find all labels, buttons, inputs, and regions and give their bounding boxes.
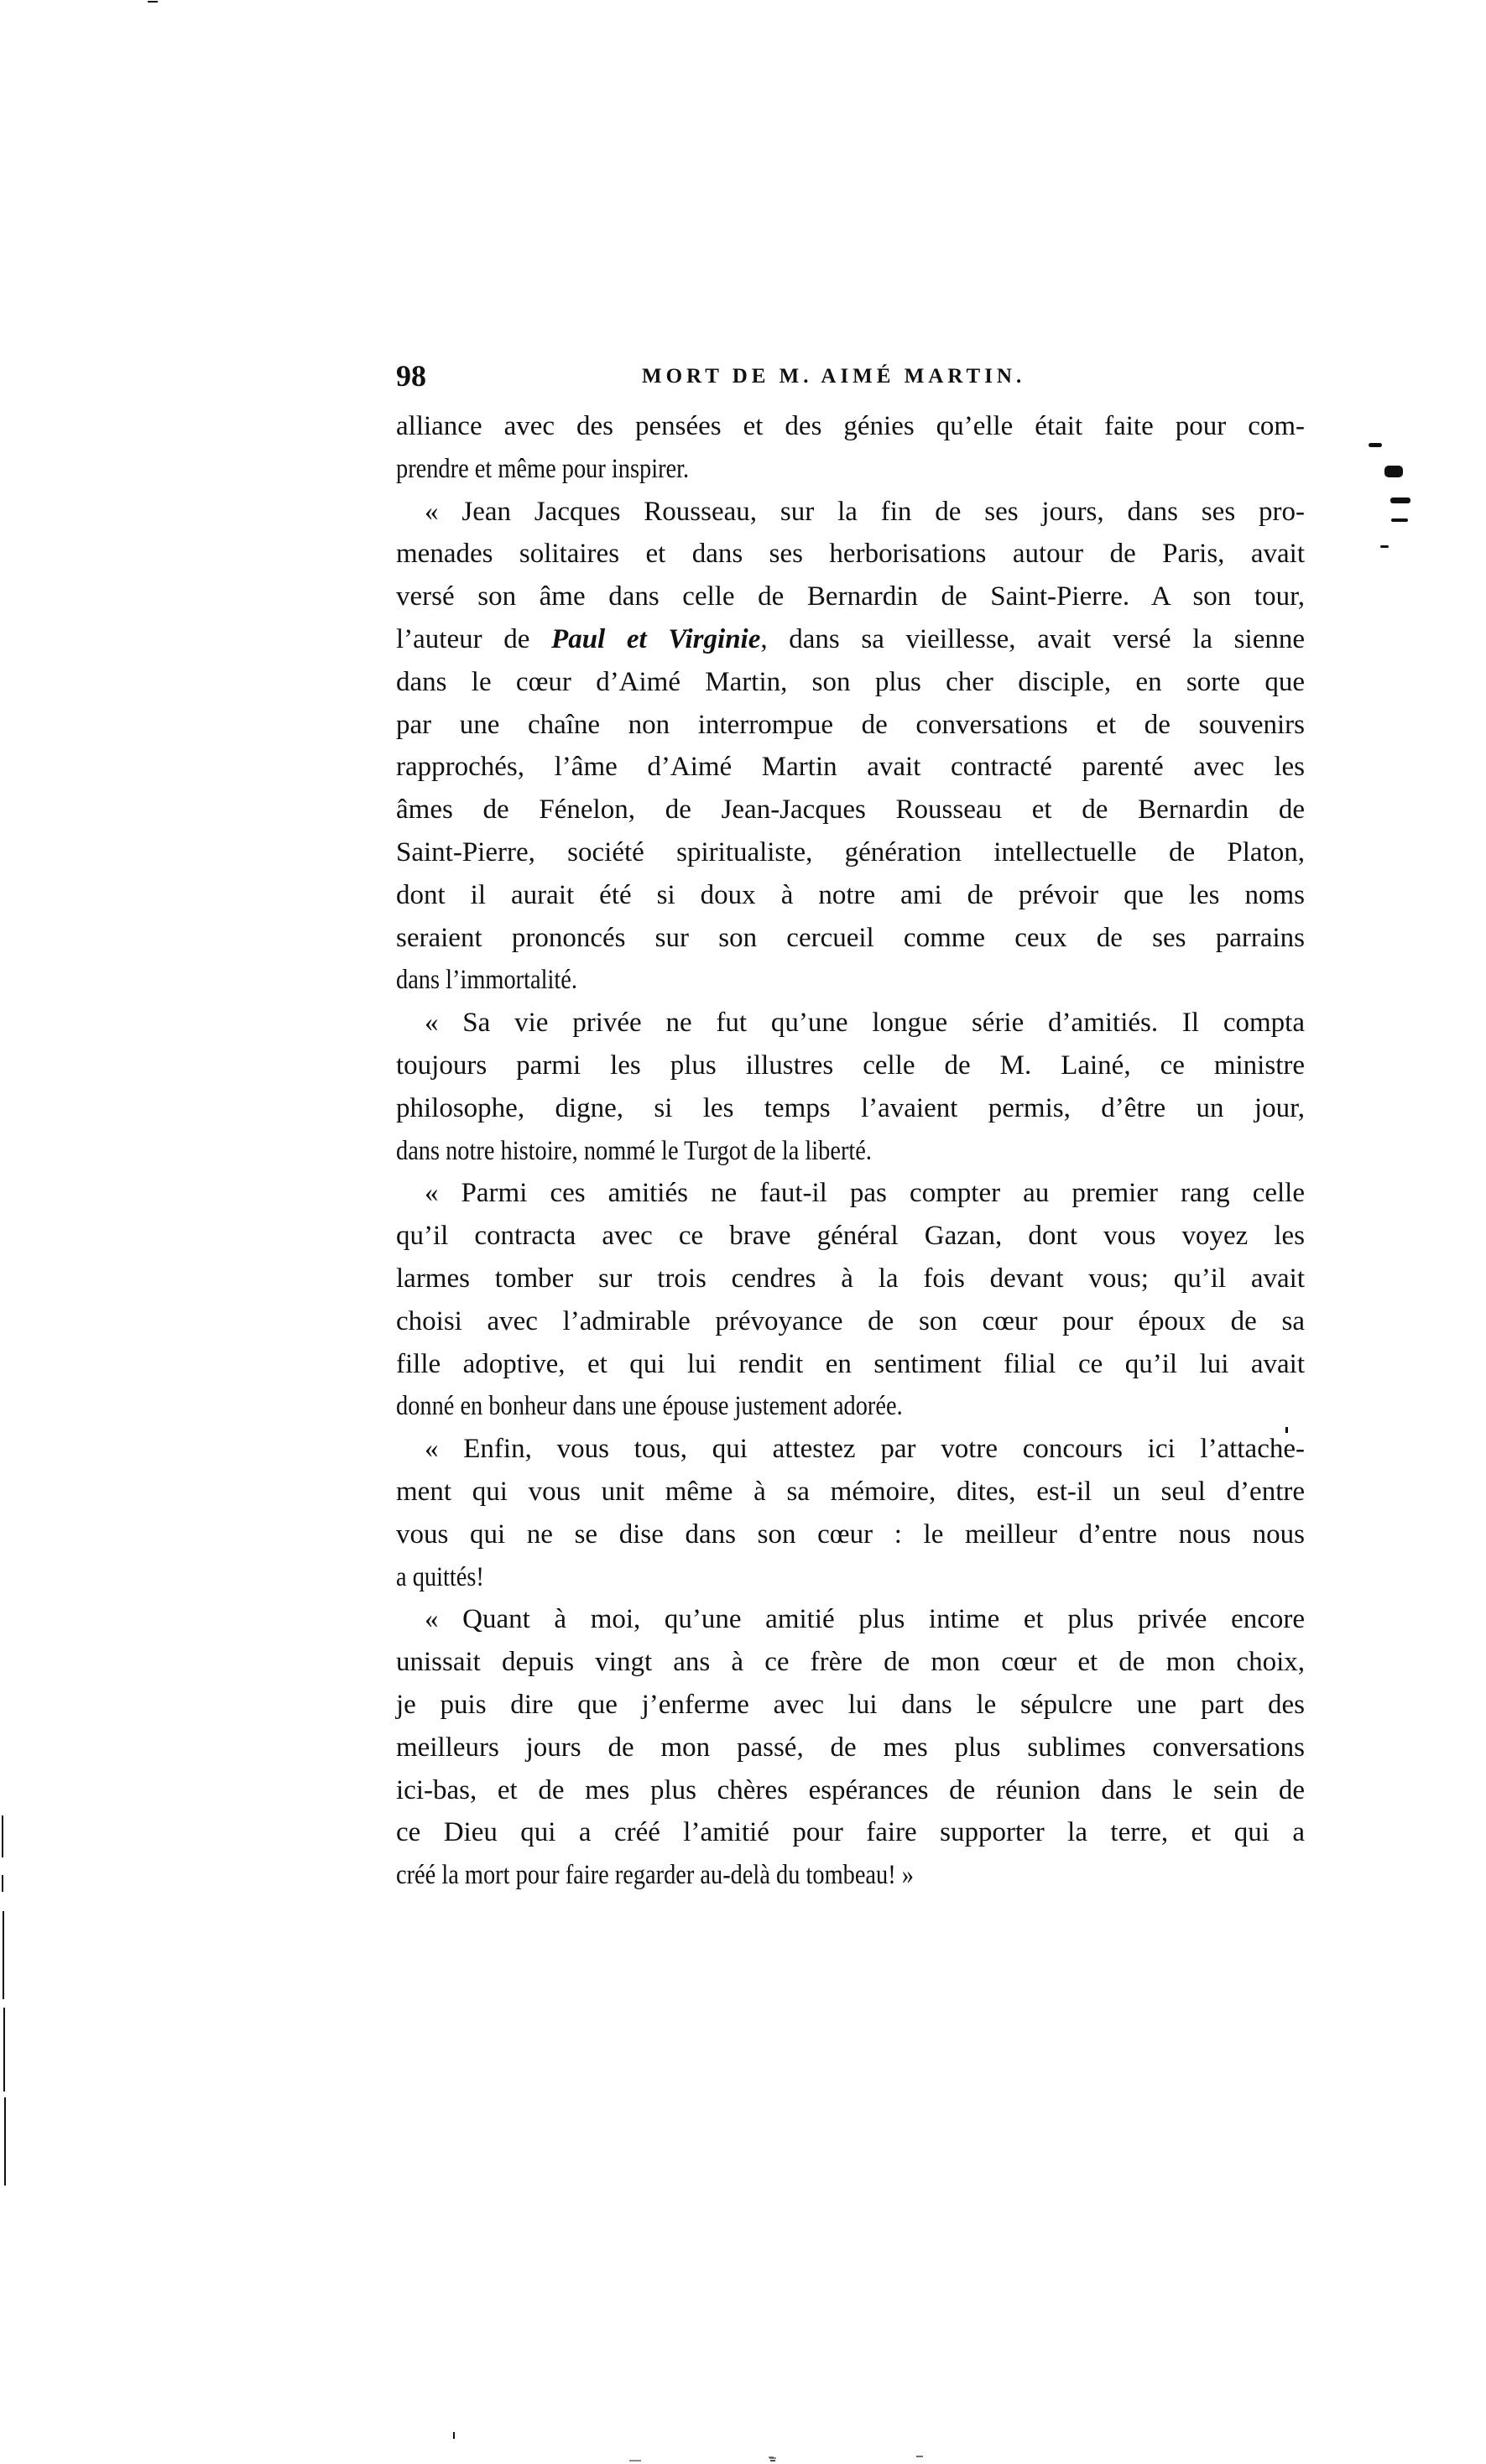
text-line: Saint-Pierre, société spiritualiste, gén… [396, 831, 1305, 874]
text-line-content: « Sa vie privée ne fut qu’une longue sér… [425, 1002, 1305, 1044]
text-run: versé son âme dans celle de Bernardin de… [396, 581, 1305, 612]
text-run: toujours parmi les plus illustres celle … [396, 1050, 1305, 1081]
text-line-content: ici-bas, et de mes plus chères espérance… [396, 1769, 1305, 1812]
scan-speck [1369, 443, 1382, 447]
text-run: dans l’immortalité. [396, 965, 577, 995]
scan-speck [453, 2432, 455, 2439]
text-run: dont il aurait été si doux à notre ami d… [396, 880, 1305, 910]
text-line: par une chaîne non interrompue de conver… [396, 704, 1305, 747]
text-run: Saint-Pierre, société spiritualiste, gén… [396, 837, 1305, 867]
text-line-content: seraient prononcés sur son cercueil comm… [396, 917, 1305, 960]
text-line: ment qui vous unit même à sa mémoire, di… [396, 1471, 1305, 1513]
text-run: ment qui vous unit même à sa mémoire, di… [396, 1477, 1305, 1507]
text-line: alliance avec des pensées et des génies … [396, 405, 1305, 448]
text-run: philosophe, digne, si les temps l’avaien… [396, 1093, 1305, 1123]
text-run: « Parmi ces amitiés ne faut-il pas compt… [425, 1178, 1305, 1208]
text-line-content: prendre et même pour inspirer. [396, 448, 689, 491]
text-run: dans le cœur d’Aimé Martin, son plus che… [396, 667, 1305, 697]
scan-edge-line [3, 2008, 5, 2092]
text-run: rapprochés, l’âme d’Aimé Martin avait co… [396, 752, 1305, 782]
scan-speck [1380, 545, 1389, 548]
text-run: ici-bas, et de mes plus chères espérance… [396, 1775, 1305, 1805]
text-line-content: ce Dieu qui a créé l’amitié pour faire s… [396, 1811, 1305, 1854]
text-line: « Enfin, vous tous, qui attestez par vot… [396, 1428, 1305, 1471]
text-run: prendre et même pour inspirer. [396, 454, 689, 484]
text-line-content: rapprochés, l’âme d’Aimé Martin avait co… [396, 746, 1305, 789]
text-run: vous qui ne se dise dans son cœur : le m… [396, 1519, 1305, 1550]
text-line: « Parmi ces amitiés ne faut-il pas compt… [396, 1172, 1305, 1215]
text-line: choisi avec l’admirable prévoyance de so… [396, 1300, 1305, 1343]
text-line-content: « Quant à moi, qu’une amitié plus intime… [425, 1598, 1305, 1641]
text-run: menades solitaires et dans ses herborisa… [396, 539, 1305, 569]
scan-speck [1390, 497, 1410, 503]
text-line-content: je puis dire que j’enferme avec lui dans… [396, 1684, 1305, 1727]
text-run: l’auteur de [396, 624, 551, 654]
text-line: qu’il contracta avec ce brave général Ga… [396, 1215, 1305, 1258]
text-line: unissait depuis vingt ans à ce frère de … [396, 1641, 1305, 1684]
text-line-content: meilleurs jours de mon passé, de mes plu… [396, 1727, 1305, 1769]
text-line: je puis dire que j’enferme avec lui dans… [396, 1684, 1305, 1727]
text-line: meilleurs jours de mon passé, de mes plu… [396, 1727, 1305, 1769]
text-line: fille adoptive, et qui lui rendit en sen… [396, 1343, 1305, 1386]
text-line-content: toujours parmi les plus illustres celle … [396, 1044, 1305, 1087]
text-run: fille adoptive, et qui lui rendit en sen… [396, 1349, 1305, 1379]
text-line: « Jean Jacques Rousseau, sur la fin de s… [396, 491, 1305, 534]
text-line-content: « Parmi ces amitiés ne faut-il pas compt… [425, 1172, 1305, 1215]
text-line: « Sa vie privée ne fut qu’une longue sér… [396, 1002, 1305, 1044]
text-line-content: versé son âme dans celle de Bernardin de… [396, 576, 1305, 618]
text-line-content: dont il aurait été si doux à notre ami d… [396, 874, 1305, 917]
text-line: larmes tomber sur trois cendres à la foi… [396, 1258, 1305, 1300]
text-line-content: créé la mort pour faire regarder au-delà… [396, 1854, 914, 1897]
text-run: je puis dire que j’enferme avec lui dans… [396, 1690, 1305, 1720]
scan-edge-line [4, 2097, 6, 2185]
text-line-content: philosophe, digne, si les temps l’avaien… [396, 1087, 1305, 1130]
text-line: vous qui ne se dise dans son cœur : le m… [396, 1513, 1305, 1556]
text-line-content: larmes tomber sur trois cendres à la foi… [396, 1258, 1305, 1300]
text-line-content: dans le cœur d’Aimé Martin, son plus che… [396, 661, 1305, 704]
text-line-content: alliance avec des pensées et des génies … [396, 405, 1305, 448]
text-line-content: « Enfin, vous tous, qui attestez par vot… [425, 1428, 1305, 1471]
text-line: donné en bonheur dans une épouse justeme… [396, 1385, 1305, 1428]
scan-speck [769, 2456, 774, 2458]
text-line-content: « Jean Jacques Rousseau, sur la fin de s… [425, 491, 1305, 534]
scan-edge-line [2, 1815, 3, 1857]
text-line: prendre et même pour inspirer. [396, 448, 1305, 491]
text-run: créé la mort pour faire regarder au-delà… [396, 1860, 914, 1890]
text-line: ici-bas, et de mes plus chères espérance… [396, 1769, 1305, 1812]
text-line-content: fille adoptive, et qui lui rendit en sen… [396, 1343, 1305, 1386]
scanned-book-page: 98 MORT DE M. AIMÉ MARTIN. alliance avec… [0, 0, 1486, 2464]
scan-speck [770, 2460, 775, 2461]
text-line-content: l’auteur de Paul et Virginie, dans sa vi… [396, 618, 1305, 661]
running-title: MORT DE M. AIMÉ MARTIN. [642, 362, 1025, 391]
text-line-content: ment qui vous unit même à sa mémoire, di… [396, 1471, 1305, 1513]
text-run: unissait depuis vingt ans à ce frère de … [396, 1647, 1305, 1677]
text-run: donné en bonheur dans une épouse justeme… [396, 1391, 903, 1421]
scan-speck [148, 1, 158, 3]
scan-speck [1384, 466, 1403, 477]
text-run: a quittés! [396, 1562, 484, 1592]
scan-edge-line [3, 1911, 4, 1999]
text-line: philosophe, digne, si les temps l’avaien… [396, 1087, 1305, 1130]
text-line: dans l’immortalité. [396, 959, 1305, 1002]
text-line-content: âmes de Fénelon, de Jean-Jacques Roussea… [396, 789, 1305, 831]
text-run: « Sa vie privée ne fut qu’une longue sér… [425, 1008, 1305, 1038]
text-run: , dans sa vieillesse, avait versé la sie… [760, 624, 1305, 654]
text-line-content: choisi avec l’admirable prévoyance de so… [396, 1300, 1305, 1343]
text-run: dans notre histoire, nommé le Turgot de … [396, 1136, 872, 1166]
text-line-content: Saint-Pierre, société spiritualiste, gén… [396, 831, 1305, 874]
scan-edge-line [2, 1875, 3, 1892]
scan-speck [916, 2456, 923, 2457]
text-run: seraient prononcés sur son cercueil comm… [396, 923, 1305, 953]
text-line-content: unissait depuis vingt ans à ce frère de … [396, 1641, 1305, 1684]
text-line: ce Dieu qui a créé l’amitié pour faire s… [396, 1811, 1305, 1854]
text-line: « Quant à moi, qu’une amitié plus intime… [396, 1598, 1305, 1641]
text-line-content: par une chaîne non interrompue de conver… [396, 704, 1305, 747]
text-line: dans le cœur d’Aimé Martin, son plus che… [396, 661, 1305, 704]
text-run: choisi avec l’admirable prévoyance de so… [396, 1306, 1305, 1336]
text-line: versé son âme dans celle de Bernardin de… [396, 576, 1305, 618]
scan-speck [1285, 1427, 1288, 1433]
page-number: 98 [396, 359, 426, 393]
text-line: l’auteur de Paul et Virginie, dans sa vi… [396, 618, 1305, 661]
text-line-content: dans l’immortalité. [396, 959, 577, 1002]
text-run: « Enfin, vous tous, qui attestez par vot… [425, 1434, 1305, 1464]
text-line: dont il aurait été si doux à notre ami d… [396, 874, 1305, 917]
text-run: « Jean Jacques Rousseau, sur la fin de s… [425, 497, 1305, 527]
text-run: par une chaîne non interrompue de conver… [396, 710, 1305, 740]
text-run: ce Dieu qui a créé l’amitié pour faire s… [396, 1817, 1305, 1847]
text-line-content: a quittés! [396, 1556, 484, 1599]
italic-title: Paul et Virginie [551, 624, 760, 654]
scan-speck [1391, 518, 1408, 522]
text-run: âmes de Fénelon, de Jean-Jacques Roussea… [396, 794, 1305, 825]
text-line: toujours parmi les plus illustres celle … [396, 1044, 1305, 1087]
text-line: a quittés! [396, 1556, 1305, 1599]
text-line-content: menades solitaires et dans ses herborisa… [396, 533, 1305, 576]
running-head: 98 MORT DE M. AIMÉ MARTIN. [396, 359, 1305, 393]
body-text: alliance avec des pensées et des génies … [396, 405, 1305, 1897]
text-line: seraient prononcés sur son cercueil comm… [396, 917, 1305, 960]
text-line: âmes de Fénelon, de Jean-Jacques Roussea… [396, 789, 1305, 831]
text-line: rapprochés, l’âme d’Aimé Martin avait co… [396, 746, 1305, 789]
text-line-content: vous qui ne se dise dans son cœur : le m… [396, 1513, 1305, 1556]
text-line-content: qu’il contracta avec ce brave général Ga… [396, 1215, 1305, 1258]
text-line: menades solitaires et dans ses herborisa… [396, 533, 1305, 576]
scan-speck [629, 2460, 641, 2461]
text-run: larmes tomber sur trois cendres à la foi… [396, 1263, 1305, 1294]
text-line-content: dans notre histoire, nommé le Turgot de … [396, 1130, 872, 1173]
text-run: « Quant à moi, qu’une amitié plus intime… [425, 1604, 1305, 1634]
text-line: créé la mort pour faire regarder au-delà… [396, 1854, 1305, 1897]
text-line-content: donné en bonheur dans une épouse justeme… [396, 1385, 903, 1428]
text-run: alliance avec des pensées et des génies … [396, 411, 1305, 441]
text-line: dans notre histoire, nommé le Turgot de … [396, 1130, 1305, 1173]
text-run: meilleurs jours de mon passé, de mes plu… [396, 1732, 1305, 1763]
text-run: qu’il contracta avec ce brave général Ga… [396, 1221, 1305, 1251]
